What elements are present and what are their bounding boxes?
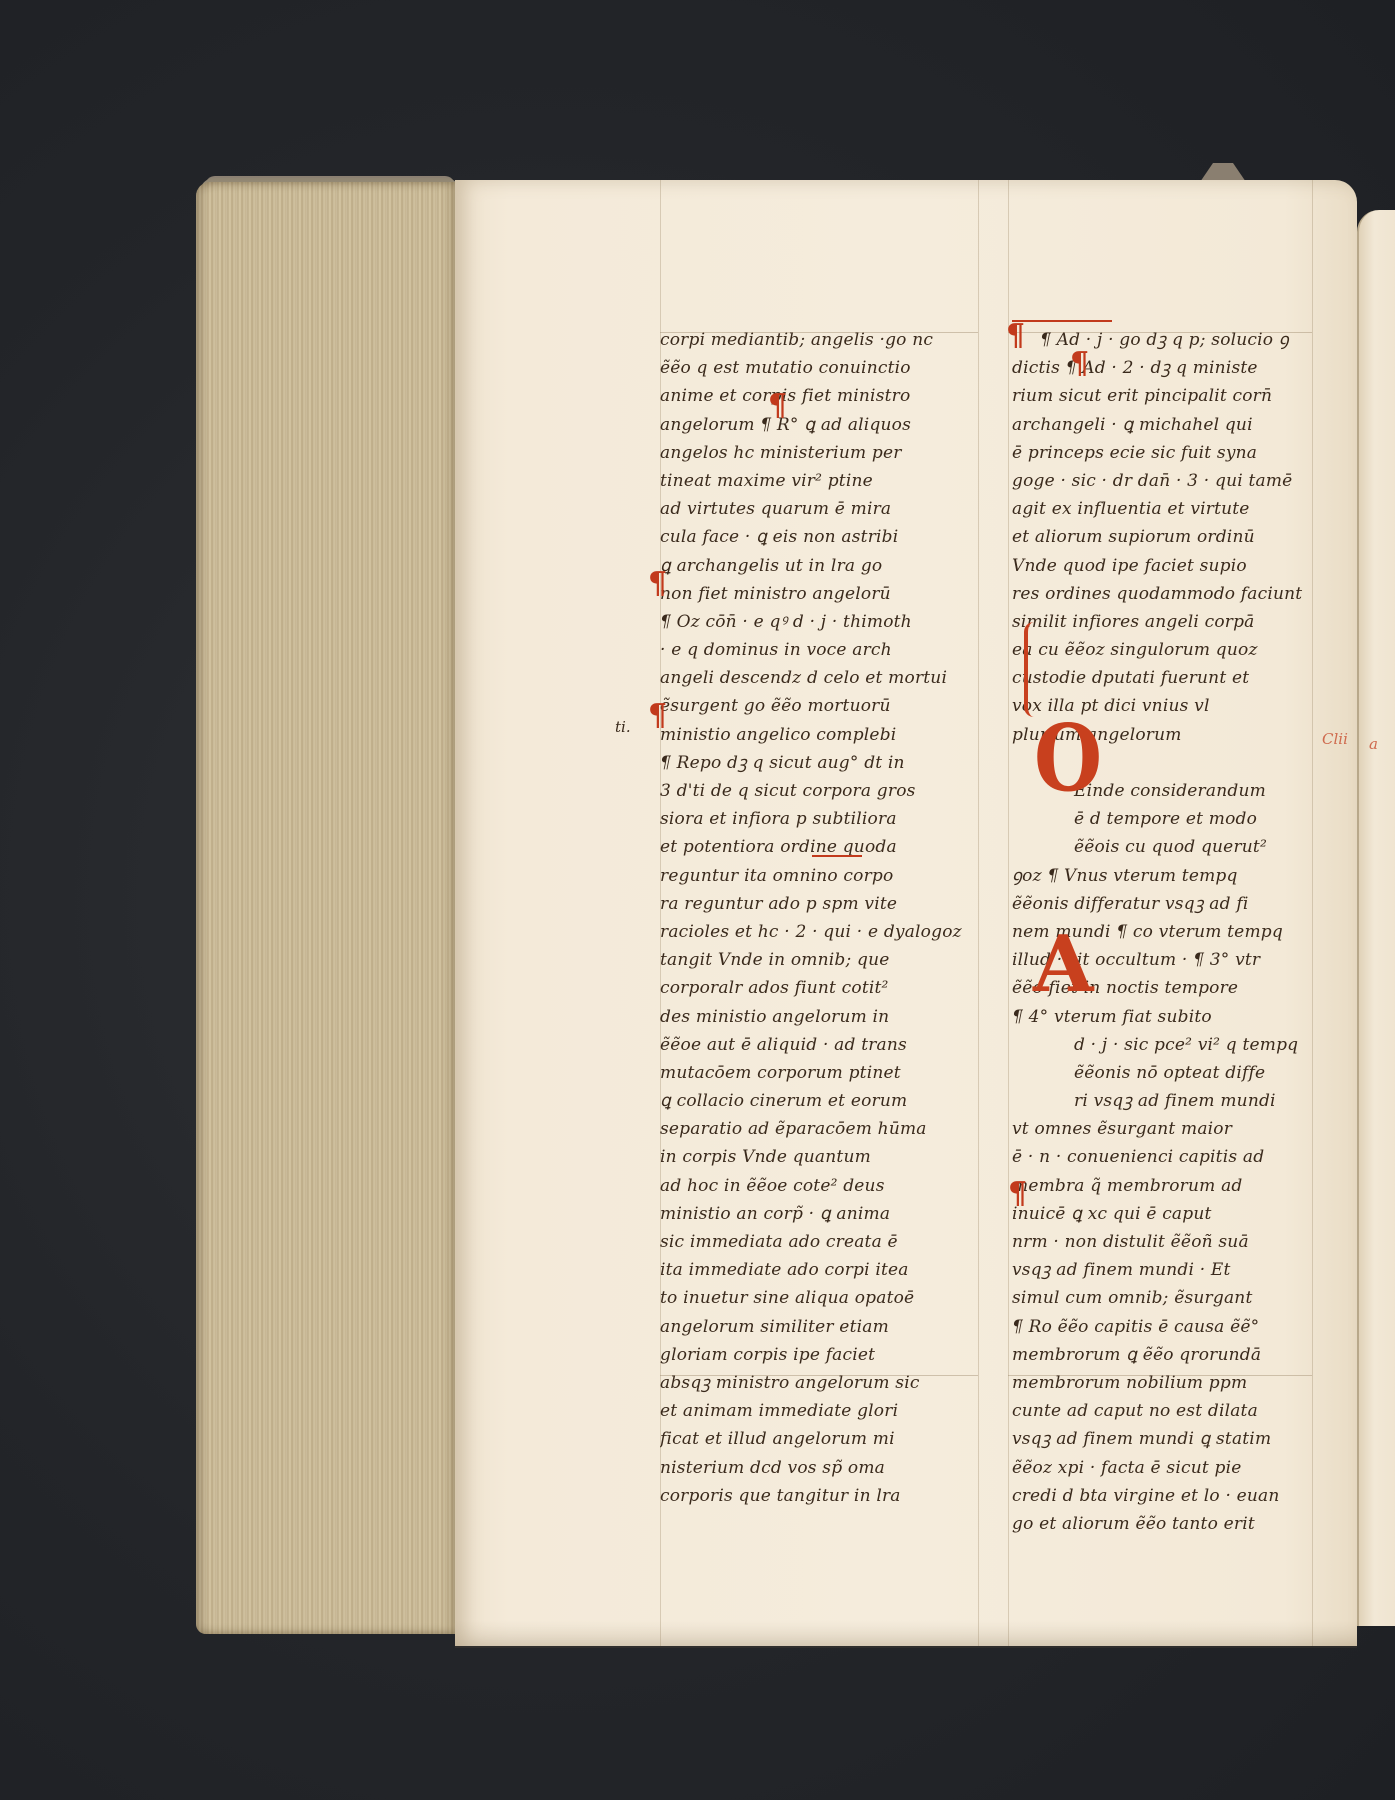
- text-line: archangeli · ꝗ michahel qui: [1012, 411, 1314, 439]
- text-line: separatio ad ẽparacōem hūma: [660, 1115, 980, 1143]
- text-line: ri vsqꝫ ad finem mundi: [1012, 1087, 1314, 1115]
- text-line: ẽẽoz xpi · facta ē sicut pie: [1012, 1454, 1314, 1482]
- text-line: anime et corpis fiet ministro: [660, 382, 980, 410]
- text-line: membrorum nobilium ppm: [1012, 1369, 1314, 1397]
- text-line: corporalr ados fiunt cotit²: [660, 974, 980, 1002]
- text-line: agit ex influentia et virtute: [1012, 495, 1314, 523]
- text-line: ꝗ collacio cinerum et eorum: [660, 1087, 980, 1115]
- margin-note-right: Clii: [1322, 730, 1348, 748]
- text-line: ad hoc in ẽẽoe cote² deus: [660, 1172, 980, 1200]
- paragraph-mark-red: ¶: [648, 698, 667, 733]
- text-line: et aliorum supiorum ordinū: [1012, 523, 1314, 551]
- text-line: siora et infiora p subtiliora: [660, 805, 980, 833]
- text-line: ¶ Ad · j · go dꝫ q p; solucio ꝯ: [1012, 326, 1314, 354]
- text-line: ficat et illud angelorum mi: [660, 1425, 980, 1453]
- text-line: et animam immediate glori: [660, 1397, 980, 1425]
- text-line: ē · n · conuenienci capitis ad: [1012, 1143, 1314, 1171]
- initial-flourish: [1024, 622, 1034, 717]
- text-line: cula face · ꝗ eis non astribi: [660, 523, 980, 551]
- text-line: racioles et hc · 2 · qui · e dyalogoz: [660, 918, 980, 946]
- red-initial-a: A: [1033, 926, 1094, 1004]
- text-line: dictis ¶ Ad · 2 · dꝫ q ministe: [1012, 354, 1314, 382]
- text-line: ꝯoz ¶ Vnus vterum tempq: [1012, 862, 1314, 890]
- paragraph-mark-red: ¶: [768, 388, 787, 423]
- paragraph-mark-red: ¶: [1008, 1176, 1027, 1211]
- text-line: corpi mediantib; angelis ·go nc: [660, 326, 980, 354]
- text-line: ẽẽoe aut ē aliquid · ad trans: [660, 1031, 980, 1059]
- text-line: ꝗ archangelis ut in lra go: [660, 552, 980, 580]
- text-line: vsqꝫ ad finem mundi · Et: [1012, 1256, 1314, 1284]
- text-line: corporis que tangitur in lra: [660, 1482, 980, 1510]
- text-line: des ministio angelorum in: [660, 1003, 980, 1031]
- book-fore-edge: [196, 182, 458, 1634]
- text-line: ¶ Ro ẽẽo capitis ē causa ẽẽ°: [1012, 1313, 1314, 1341]
- text-line: vt omnes ẽsurgant maior: [1012, 1115, 1314, 1143]
- text-line: in corpis Vnde quantum: [660, 1143, 980, 1171]
- text-line: angelos hc ministerium per: [660, 439, 980, 467]
- text-line: mutacōem corporum ptinet: [660, 1059, 980, 1087]
- paragraph-mark-red: ¶: [1070, 346, 1089, 381]
- text-line: membrorum ꝗ ẽẽo qrorundā: [1012, 1341, 1314, 1369]
- text-line: nisterium dcd vos sp̃ oma: [660, 1454, 980, 1482]
- red-initial-o: O: [1034, 712, 1102, 804]
- facing-page-edge: a: [1357, 210, 1395, 1626]
- text-line: ẽẽonis nō opteat diffe: [1012, 1059, 1314, 1087]
- margin-note-left: ti.: [615, 718, 631, 736]
- red-stroke: [1012, 320, 1112, 322]
- text-line: tangit Vnde in omnib; que: [660, 946, 980, 974]
- text-line: gloriam corpis ipe faciet: [660, 1341, 980, 1369]
- text-line: ministio an corp̃ · ꝗ anima: [660, 1200, 980, 1228]
- text-line: non fiet ministro angelorū: [660, 580, 980, 608]
- text-line: ẽẽo q est mutatio conuinctio: [660, 354, 980, 382]
- text-line: to inuetur sine aliqua opatoē: [660, 1284, 980, 1312]
- text-line: goge · sic · dr dan̄ · 3 · qui tamē: [1012, 467, 1314, 495]
- text-line: vsqꝫ ad finem mundi ꝗ statim: [1012, 1425, 1314, 1453]
- text-line: ¶ Oz cōn̄ · e qꝰ d · j · thimoth: [660, 608, 980, 636]
- red-underline: [812, 855, 862, 857]
- text-line: angeli descendz d celo et mortui: [660, 664, 980, 692]
- page-shadow: [455, 1620, 1357, 1648]
- paragraph-mark-red: ¶: [1006, 318, 1025, 353]
- text-line: credi d bta virgine et lo · euan: [1012, 1482, 1314, 1510]
- text-line: ea cu ẽẽoz singulorum quoz: [1012, 636, 1314, 664]
- text-line: ẽsurgent go ẽẽo mortuorū: [660, 692, 980, 720]
- paragraph-mark-red: ¶: [648, 566, 667, 601]
- text-line: custodie dputati fuerunt et: [1012, 664, 1314, 692]
- text-line: res ordines quodammodo faciunt: [1012, 580, 1314, 608]
- text-line: absqꝫ ministro angelorum sic: [660, 1369, 980, 1397]
- text-line: 3 d'ti de q sicut corpora gros: [660, 777, 980, 805]
- facing-page-note: a: [1369, 735, 1378, 753]
- text-line: ẽẽois cu quod querut²: [1012, 833, 1314, 861]
- ruling-line: [1008, 180, 1009, 1646]
- text-line: ita immediate ado corpi itea: [660, 1256, 980, 1284]
- text-line: membra q̃ membrorum ad: [1012, 1172, 1314, 1200]
- text-line: rium sicut erit pincipalit corn̄: [1012, 382, 1314, 410]
- text-line: similit infiores angeli corpā: [1012, 608, 1314, 636]
- text-line: cunte ad caput no est dilata: [1012, 1397, 1314, 1425]
- text-line: et potentiora ordine quoda: [660, 833, 980, 861]
- text-line: d · j · sic pce² vi² q tempq: [1012, 1031, 1314, 1059]
- text-line: simul cum omnib; ẽsurgant: [1012, 1284, 1314, 1312]
- text-line: inuicē ꝗ xc qui ē caput: [1012, 1200, 1314, 1228]
- text-line: ministio angelico complebi: [660, 721, 980, 749]
- text-line: angelorum similiter etiam: [660, 1313, 980, 1341]
- text-line: go et aliorum ẽẽo tanto erit: [1012, 1510, 1314, 1538]
- text-line: tineat maxime vir² ptine: [660, 467, 980, 495]
- text-line: ē princeps ecie sic fuit syna: [1012, 439, 1314, 467]
- text-line: ad virtutes quarum ē mira: [660, 495, 980, 523]
- text-line: · e q dominus in voce arch: [660, 636, 980, 664]
- text-line: ẽẽonis differatur vsqꝫ ad fi: [1012, 890, 1314, 918]
- text-line: sic immediata ado creata ē: [660, 1228, 980, 1256]
- text-column-left: corpi mediantib; angelis ·go nc ẽẽo q es…: [660, 326, 980, 1510]
- text-line: reguntur ita omnino corpo: [660, 862, 980, 890]
- text-line: angelorum ¶ R° ꝗ ad aliquos: [660, 411, 980, 439]
- text-line: ra reguntur ado p spm vite: [660, 890, 980, 918]
- text-line: ¶ Repo dꝫ q sicut aug° dt in: [660, 749, 980, 777]
- text-line: nrm · non distulit ẽẽoñ suā: [1012, 1228, 1314, 1256]
- text-line: Vnde quod ipe faciet supio: [1012, 552, 1314, 580]
